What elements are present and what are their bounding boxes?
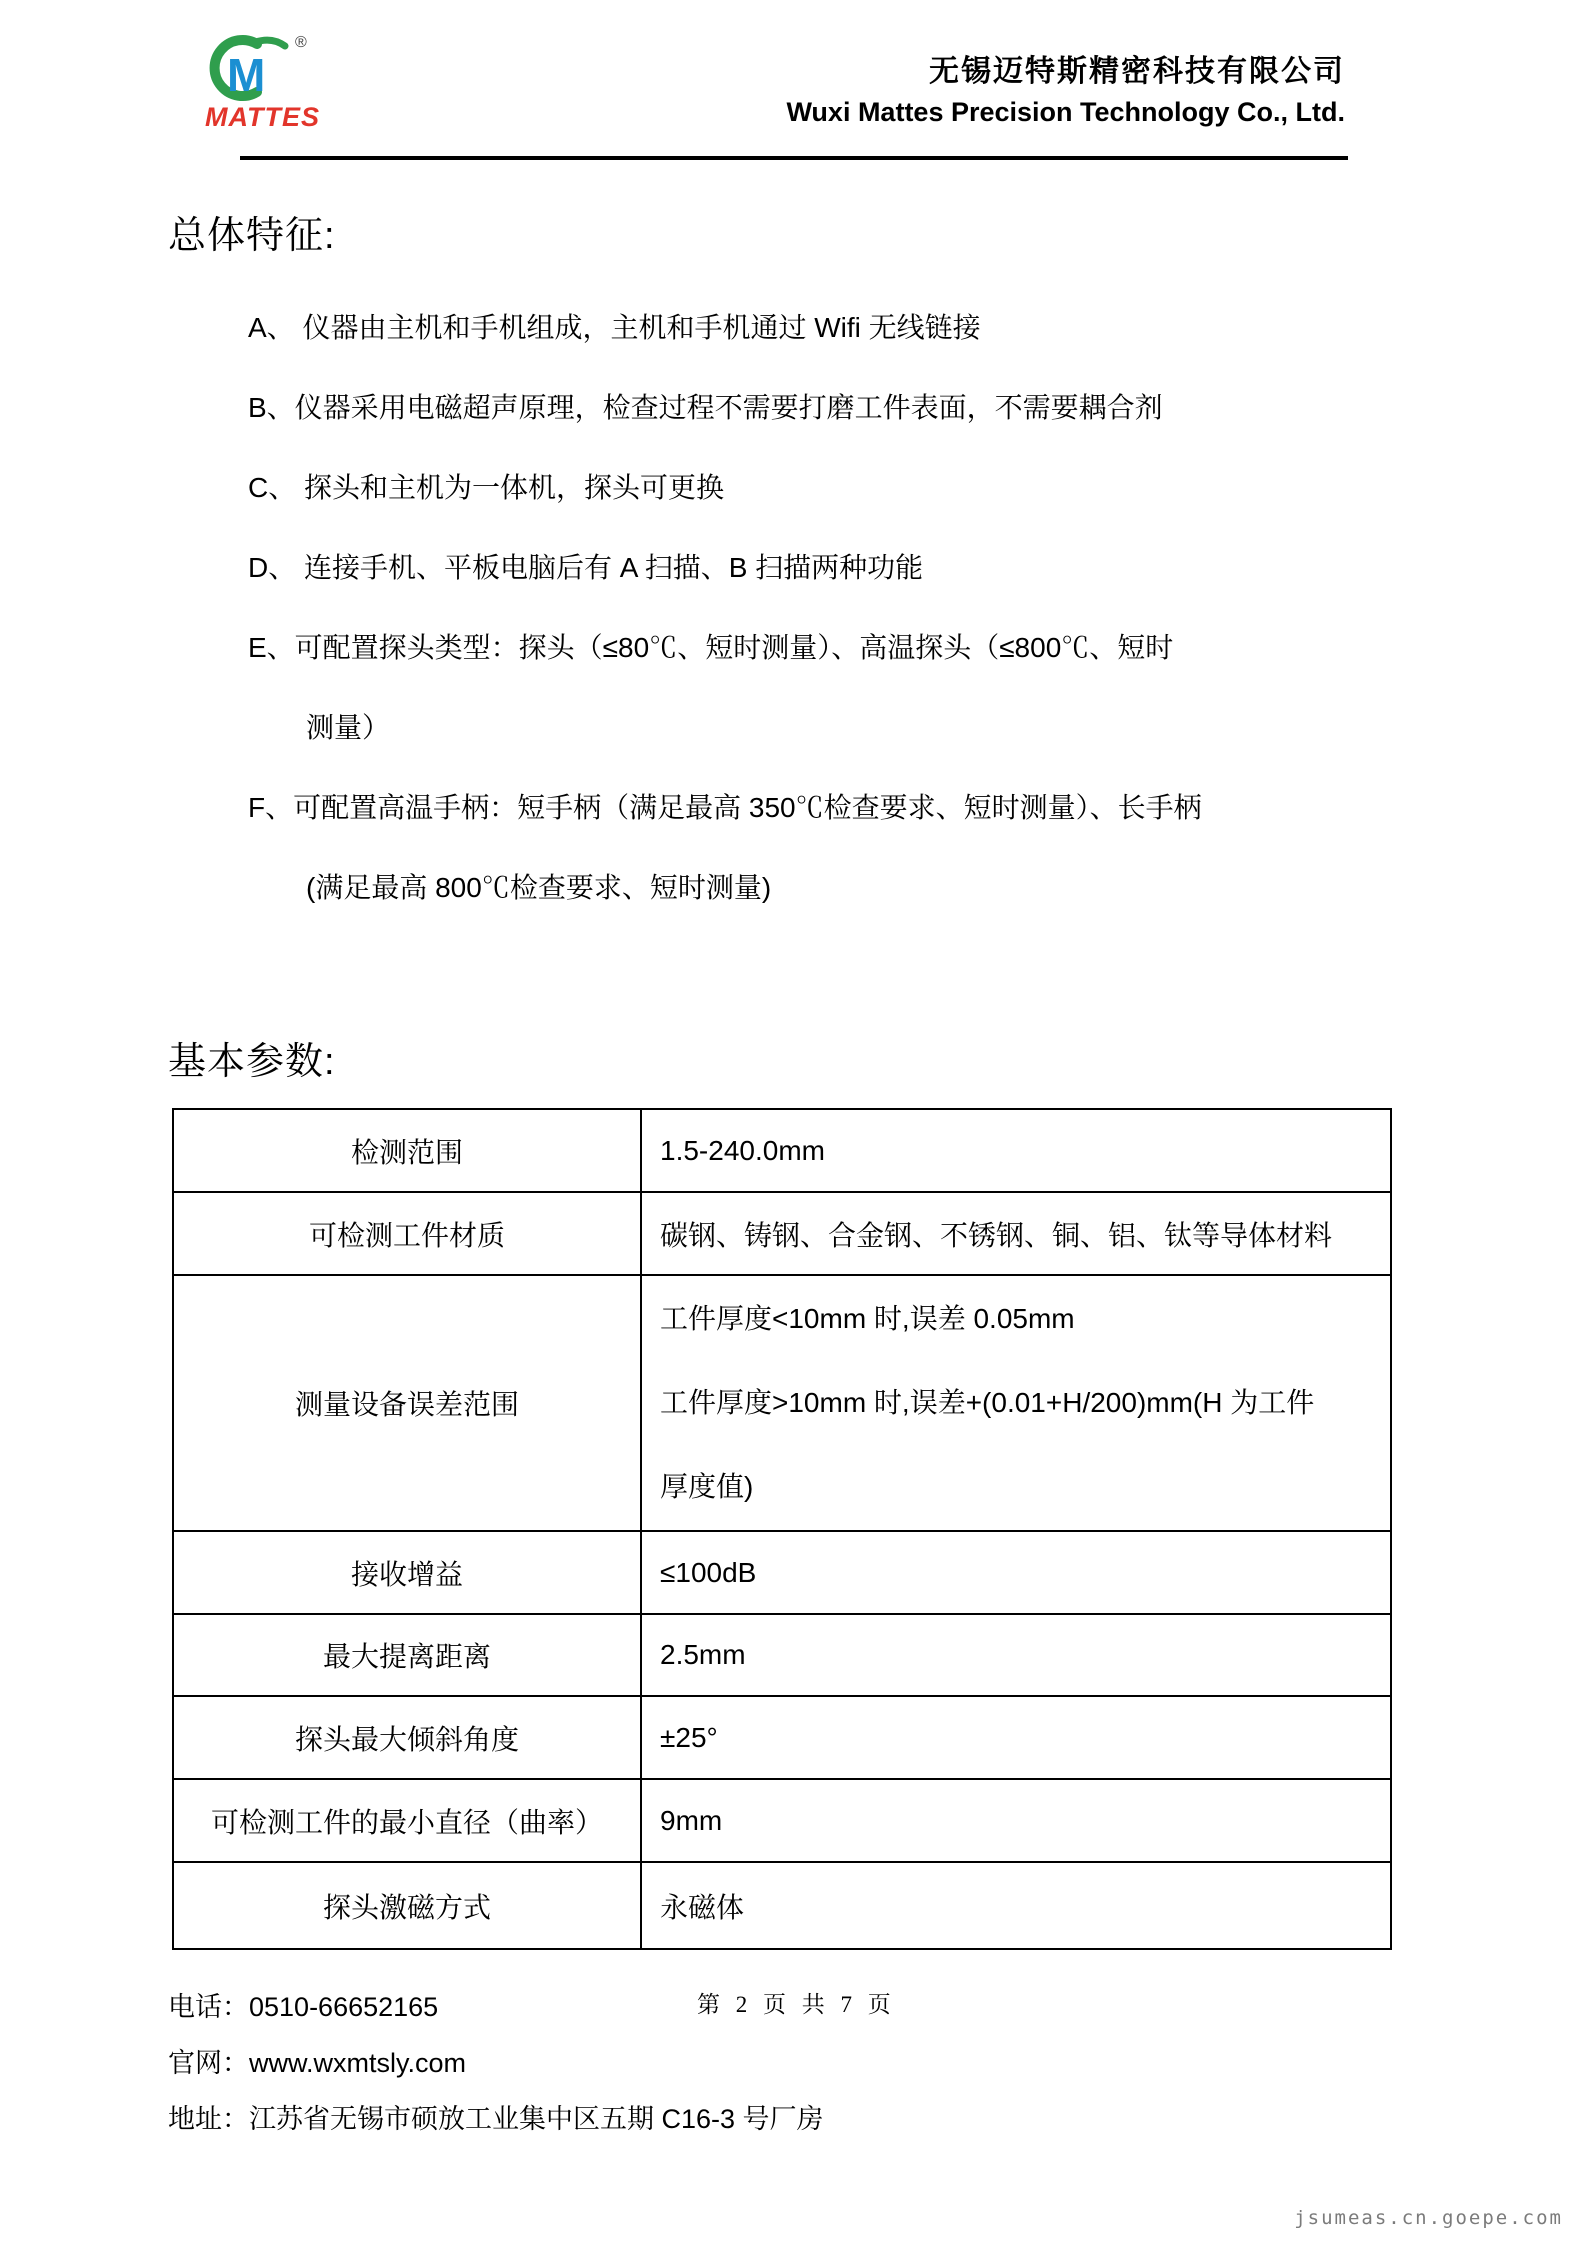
features-section-title: 总体特征: (168, 204, 336, 259)
table-row: 可检测工件的最小直径（曲率） 9mm (173, 1779, 1391, 1862)
param-label-cell: 探头最大倾斜角度 (173, 1696, 641, 1779)
feature-item-e-cont: 测量） (248, 688, 1378, 768)
table-row: 接收增益 ≤100dB (173, 1531, 1391, 1614)
table-row: 探头激磁方式 永磁体 (173, 1862, 1391, 1949)
company-header: 无锡迈特斯精密科技有限公司 Wuxi Mattes Precision Tech… (786, 46, 1345, 128)
feature-item-a: A、 仪器由主机和手机组成，主机和手机通过 Wifi 无线链接 (248, 288, 1378, 368)
feature-item-b: B、仪器采用电磁超声原理，检查过程不需要打磨工件表面，不需要耦合剂 (248, 368, 1378, 448)
feature-item-d: D、 连接手机、平板电脑后有 A 扫描、B 扫描两种功能 (248, 528, 1378, 608)
param-label-cell: 可检测工件的最小直径（曲率） (173, 1779, 641, 1862)
basic-parameters-table: 检测范围 1.5-240.0mm 可检测工件材质 碳钢、铸钢、合金钢、不锈钢、铜… (172, 1108, 1392, 1950)
logo-letter-m: M (227, 49, 265, 101)
features-list: A、 仪器由主机和手机组成，主机和手机通过 Wifi 无线链接 B、仪器采用电磁… (248, 288, 1378, 928)
company-name-en: Wuxi Mattes Precision Technology Co., Lt… (786, 97, 1345, 128)
table-row: 探头最大倾斜角度 ±25° (173, 1696, 1391, 1779)
table-row: 测量设备误差范围 工件厚度<10mm 时,误差 0.05mm 工件厚度>10mm… (173, 1275, 1391, 1531)
logo-brand-text: MATTES (205, 102, 323, 133)
param-value-cell: 2.5mm (641, 1614, 1391, 1696)
logo-mark-icon: M (203, 34, 299, 102)
param-value-cell: 碳钢、铸钢、合金钢、不锈钢、铜、铝、钛等导体材料 (641, 1192, 1391, 1275)
param-value-cell: 1.5-240.0mm (641, 1109, 1391, 1192)
footer-phone: 电话：0510-66652165 (168, 1985, 438, 2024)
feature-item-f: F、可配置高温手柄：短手柄（满足最高 350℃检查要求、短时测量）、长手柄 (248, 768, 1378, 848)
footer-website: 官网：www.wxmtsly.com (168, 2041, 466, 2080)
feature-item-c: C、 探头和主机为一体机，探头可更换 (248, 448, 1378, 528)
param-value-line: 工件厚度>10mm 时,误差+(0.01+H/200)mm(H 为工件 (660, 1361, 1389, 1445)
table-row: 最大提离距离 2.5mm (173, 1614, 1391, 1696)
page-indicator: 第 2 页 共 7 页 (697, 1986, 896, 2019)
document-page: M ® MATTES 无锡迈特斯精密科技有限公司 Wuxi Mattes Pre… (0, 0, 1587, 2245)
param-label-cell: 可检测工件材质 (173, 1192, 641, 1275)
mattes-logo: M ® MATTES (203, 34, 323, 133)
param-label-cell: 探头激磁方式 (173, 1862, 641, 1949)
param-value-cell: ±25° (641, 1696, 1391, 1779)
feature-item-f-cont: (满足最高 800℃检查要求、短时测量) (248, 848, 1378, 928)
footer-address: 地址：江苏省无锡市硕放工业集中区五期 C16-3 号厂房 (168, 2097, 824, 2136)
param-value-cell: 工件厚度<10mm 时,误差 0.05mm 工件厚度>10mm 时,误差+(0.… (641, 1275, 1391, 1531)
table-row: 检测范围 1.5-240.0mm (173, 1109, 1391, 1192)
company-name-cn: 无锡迈特斯精密科技有限公司 (786, 46, 1345, 90)
watermark-text: jsumeas.cn.goepe.com (1294, 2207, 1563, 2229)
registered-trademark-icon: ® (295, 34, 307, 52)
header-divider (240, 156, 1348, 160)
param-label-cell: 检测范围 (173, 1109, 641, 1192)
param-label-cell: 接收增益 (173, 1531, 641, 1614)
params-section-title: 基本参数: (168, 1030, 336, 1085)
feature-item-e: E、可配置探头类型：探头（≤80℃、短时测量）、高温探头（≤800℃、短时 (248, 608, 1378, 688)
param-value-cell: ≤100dB (641, 1531, 1391, 1614)
param-value-cell: 9mm (641, 1779, 1391, 1862)
table-row: 可检测工件材质 碳钢、铸钢、合金钢、不锈钢、铜、铝、钛等导体材料 (173, 1192, 1391, 1275)
param-label-cell: 测量设备误差范围 (173, 1275, 641, 1531)
param-value-line: 工件厚度<10mm 时,误差 0.05mm (660, 1277, 1389, 1361)
param-value-line: 厚度值) (660, 1445, 1389, 1529)
param-label-cell: 最大提离距离 (173, 1614, 641, 1696)
param-value-cell: 永磁体 (641, 1862, 1391, 1949)
